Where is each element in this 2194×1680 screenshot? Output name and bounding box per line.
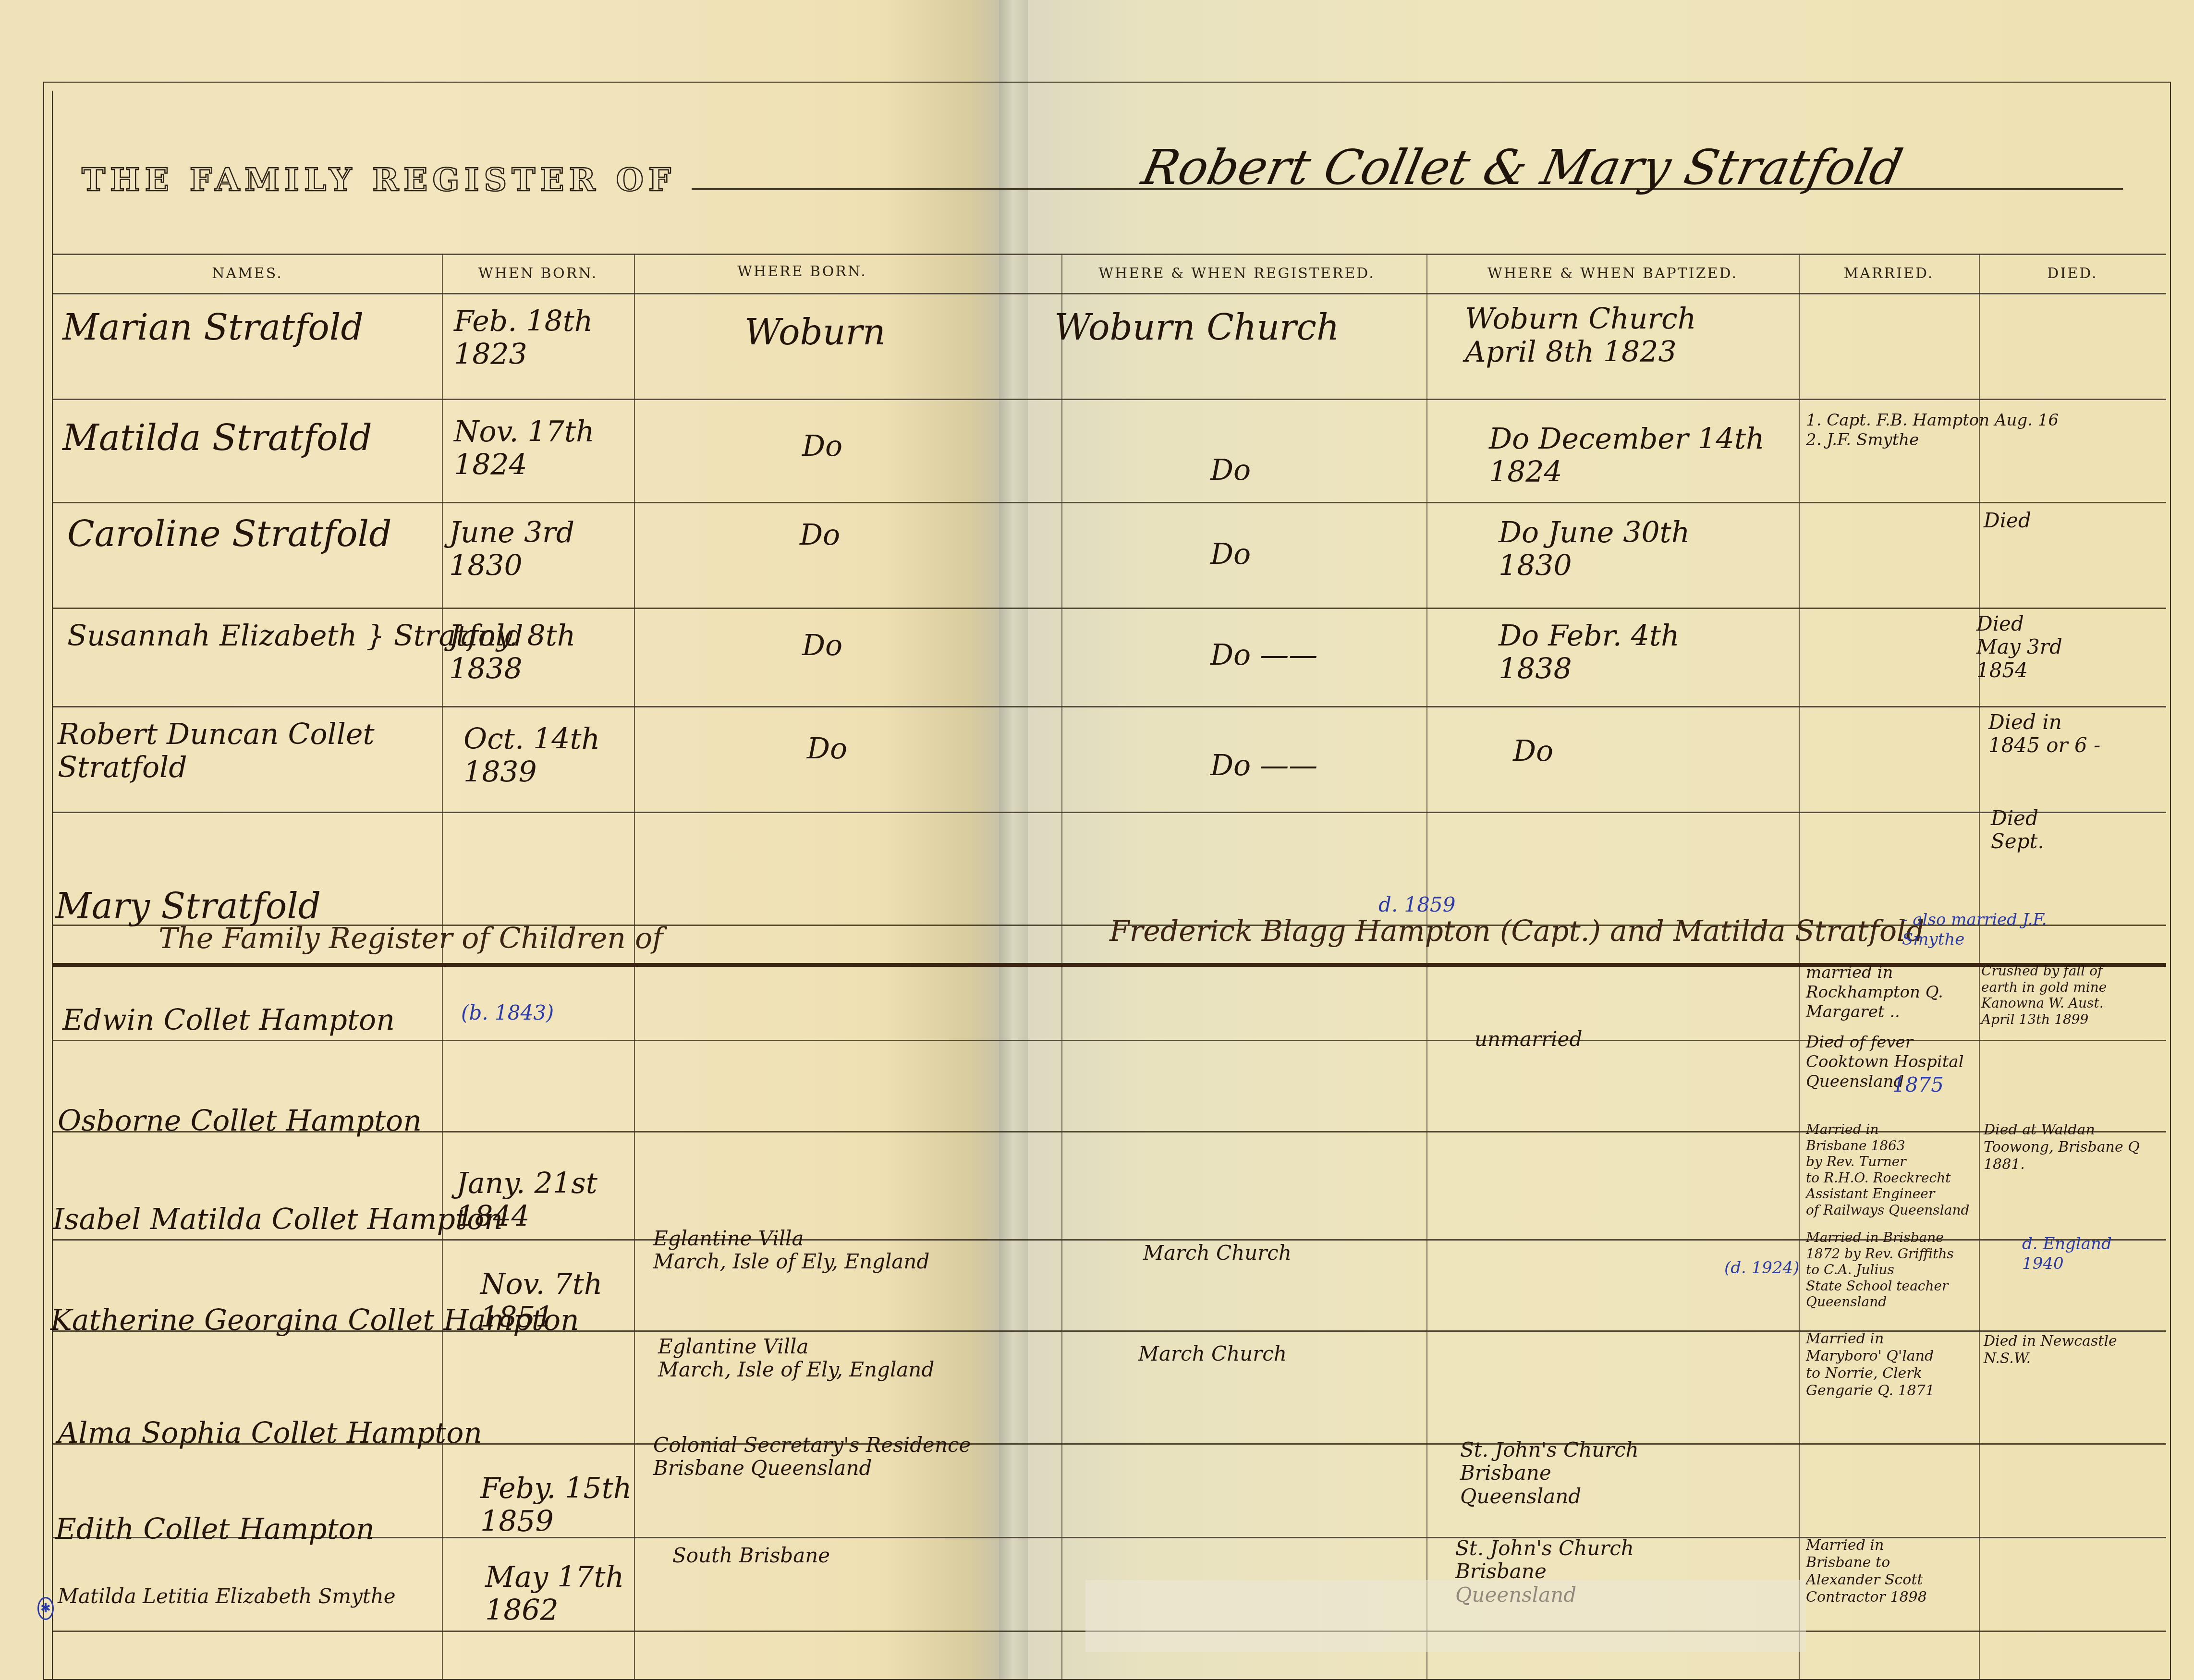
col-rule-married	[1799, 254, 1800, 1680]
col-rule-where-born	[634, 254, 635, 1680]
tissue-repair	[1085, 1580, 1806, 1652]
annotation-death-1859: d. 1859	[1378, 893, 1455, 916]
child-registered: March Church	[1138, 1342, 1287, 1365]
child-registered: March Church	[1143, 1242, 1292, 1265]
child-where-born: Colonial Secretary's Residence Brisbane …	[653, 1434, 971, 1480]
child-married: Married in Brisbane to Alexander Scott C…	[1806, 1537, 1927, 1606]
row-rule	[53, 399, 2166, 400]
annotation-also-married: - also married J.F. Smythe	[1902, 910, 2104, 950]
col-rule-when-born	[442, 254, 443, 1680]
child-married: Married in Brisbane 1872 by Rev. Griffit…	[1806, 1230, 1954, 1310]
entry-when-born: June 3rd 1830	[449, 516, 574, 583]
family-name-handwritten: Robert Collet & Mary Stratfold	[1137, 139, 1908, 195]
child-name: Edith Collet Hampton	[55, 1513, 375, 1546]
entry-married: 1. Capt. F.B. Hampton Aug. 16 2. J.F. Sm…	[1806, 411, 2059, 450]
entry-baptized: Do June 30th 1830	[1499, 516, 1690, 583]
entry-where-born: Do	[802, 629, 842, 662]
entry-registered: Do	[1210, 454, 1251, 487]
entry-registered: Do ——	[1210, 639, 1317, 672]
printed-title: THE FAMILY REGISTER OF	[82, 161, 676, 198]
child-when-born: Nov. 7th 1851	[480, 1268, 602, 1334]
col-rule-died	[1979, 254, 1980, 1680]
entry-died: Died Sept.	[1991, 807, 2044, 853]
child-died: Died at Waldan Toowong, Brisbane Q 1881.	[1984, 1121, 2140, 1173]
row-rule	[53, 706, 2166, 707]
child-married: Married in Brisbane 1863 by Rev. Turner …	[1806, 1121, 1969, 1218]
col-rule-registered	[1061, 254, 1062, 1680]
entry-died: Died May 3rd 1854	[1976, 612, 2062, 682]
entry-baptized: Woburn Church April 8th 1823	[1465, 303, 1696, 369]
entry-name: Matilda Stratfold	[62, 418, 372, 459]
entry-baptized: Do Febr. 4th 1838	[1499, 620, 1680, 686]
child-died: Died in Newcastle N.S.W.	[1984, 1333, 2117, 1367]
entry-name: Caroline Stratfold	[67, 514, 392, 555]
entry-where-born: Do	[802, 430, 842, 463]
child-married-note: 1875	[1892, 1073, 1944, 1096]
mother-name: Mary Stratfold	[55, 886, 321, 927]
row-rule	[53, 502, 2166, 503]
child-note: (d. 1924)	[1724, 1258, 1799, 1278]
child-name: Isabel Matilda Collet Hampton	[53, 1203, 503, 1236]
children-register-heading-left: The Family Register of Children of	[158, 922, 663, 955]
header-rule-top	[53, 254, 2166, 255]
child-married: Married in Maryboro' Q'land to Norrie, C…	[1806, 1330, 1935, 1400]
child-when-born: May 17th 1862	[485, 1561, 624, 1627]
child-note: (b. 1843)	[461, 1001, 554, 1024]
entry-name: Robert Duncan Collet Stratfold	[58, 718, 375, 784]
child-where-born: South Brisbane	[672, 1544, 830, 1567]
entry-registered: Do	[1210, 538, 1251, 571]
child-married: married in Rockhampton Q. Margaret ..	[1806, 963, 1943, 1022]
child-baptized: St. John's Church Brisbane Queensland	[1460, 1438, 1639, 1508]
header-rule-bottom	[53, 293, 2166, 294]
entry-when-born: Nov. 17th 1824	[454, 415, 595, 482]
entry-where-born: Do	[800, 519, 840, 552]
child-when-born: Feby. 15th 1859	[480, 1472, 632, 1538]
child-died: Crushed by fall of earth in gold mine Ka…	[1981, 963, 2107, 1027]
col-header-when-born: WHEN BORN.	[442, 265, 634, 282]
col-header-died: DIED.	[1979, 265, 2166, 282]
entry-baptized: Do	[1513, 735, 1553, 768]
child-died: d. England 1940	[2022, 1234, 2112, 1274]
child-name: Matilda Letitia Elizabeth Smythe	[58, 1585, 396, 1608]
child-where-born: Eglantine Villa March, Isle of Ely, Engl…	[653, 1227, 929, 1274]
col-header-married: MARRIED.	[1799, 265, 1979, 282]
child-name: Osborne Collet Hampton	[58, 1105, 422, 1138]
child-name: Edwin Collet Hampton	[62, 1004, 395, 1037]
entry-name: Marian Stratfold	[62, 307, 364, 348]
entry-where-born: Do	[807, 732, 847, 766]
col-rule-baptized	[1426, 254, 1427, 1680]
col-header-baptized: WHERE & WHEN BAPTIZED.	[1426, 265, 1799, 282]
col-header-names: NAMES.	[53, 265, 442, 282]
child-name: Alma Sophia Collet Hampton	[58, 1417, 482, 1450]
blue-stamp-icon: ✱	[37, 1597, 54, 1620]
col-header-registered: WHERE & WHEN REGISTERED.	[1047, 265, 1426, 282]
entry-when-born: Oct. 14th 1839	[463, 723, 600, 789]
child-baptized: unmarried	[1475, 1028, 1582, 1051]
entry-died: Died in 1845 or 6 -	[1988, 711, 2100, 757]
col-header-where-born: WHERE BORN.	[634, 263, 970, 280]
child-when-born: Jany. 21st 1844	[456, 1167, 597, 1233]
row-rule	[53, 812, 2166, 813]
entry-baptized: Do December 14th 1824	[1489, 423, 1765, 489]
entry-when-born: Jany. 8th 1838	[449, 620, 575, 686]
entry-registered: Woburn Church	[1054, 307, 1340, 348]
entry-registered: Do ——	[1210, 749, 1317, 782]
row-rule	[53, 608, 2166, 609]
child-where-born: Eglantine Villa March, Isle of Ely, Engl…	[658, 1335, 934, 1382]
entry-where-born: Woburn	[744, 312, 886, 353]
entry-when-born: Feb. 18th 1823	[454, 305, 593, 371]
entry-died: Died	[1984, 509, 2031, 532]
children-register-heading-right: Frederick Blagg Hampton (Capt.) and Mati…	[1109, 915, 1925, 948]
